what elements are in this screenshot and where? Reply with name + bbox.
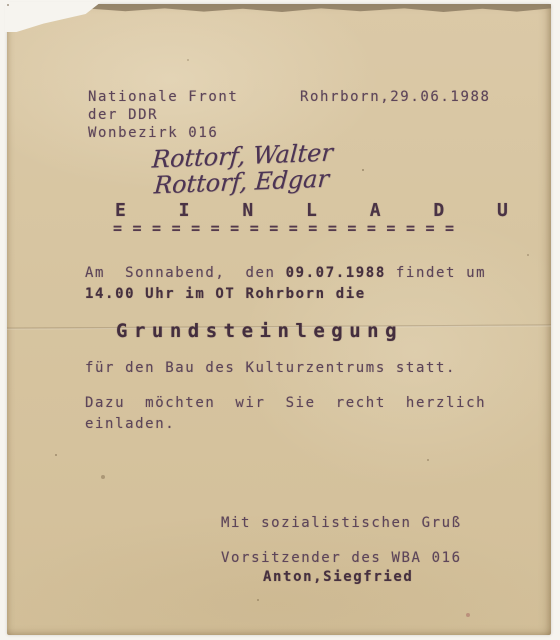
torn-top-edge	[62, 4, 551, 12]
paper-specks	[7, 4, 9, 6]
signer-name: Anton,Siegfried	[263, 569, 413, 585]
org-line-3: Wonbezirk 016	[88, 125, 218, 141]
signer-role: Vorsitzender des WBA 016	[221, 550, 462, 566]
place-date: Rohrborn,29.06.1988	[300, 89, 491, 105]
body-line-5: einladen.	[85, 416, 175, 432]
handwritten-name-2: Rottorf, Edgar	[153, 165, 330, 200]
title-underline: ==================	[113, 219, 465, 237]
body-line-1-pre: Am Sonnabend, den	[85, 265, 286, 281]
org-line-1: Nationale Front	[88, 89, 238, 105]
scanned-paper: Nationale Front der DDR Wonbezirk 016 Ro…	[7, 4, 551, 635]
closing-greeting: Mit sozialistischen Gruß	[221, 515, 462, 531]
body-line-2: 14.00 Uhr im OT Rohrborn die	[85, 286, 366, 302]
top-left-corner-tear	[5, 2, 101, 32]
body-line-4: Dazu möchten wir Sie recht herzlich	[85, 395, 486, 411]
org-line-2: der DDR	[88, 107, 158, 123]
body-line-3: für den Bau des Kulturzentrums statt.	[85, 360, 456, 376]
event-date: 09.07.1988	[286, 265, 386, 281]
body-line-1: Am Sonnabend, den 09.07.1988 findet um	[85, 265, 486, 281]
body-line-1-post: findet um	[386, 265, 486, 281]
event-headline: Grundsteinlegung	[116, 320, 403, 342]
invitation-title: E I N L A D U N G	[115, 200, 560, 221]
